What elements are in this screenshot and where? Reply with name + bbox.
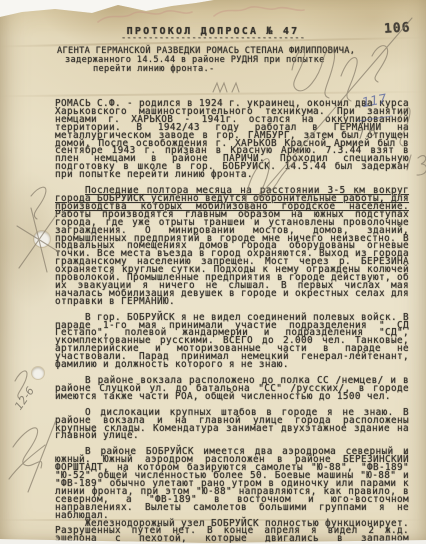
paragraph-text: Работы производятся главным образом на ю… [55,209,409,307]
subtitle-line: перейти линию фронта.- [57,65,397,74]
paragraph-garrison: В районе вокзала расположено до полка СС… [55,377,409,401]
paragraph-biography: РОМАСЬ С.Ф. - родился в 1924 г. украинец… [55,100,409,179]
paragraph-railway: Железнодорожный узел БОБРУЙСК полностью … [55,520,409,544]
paper-stain [0,170,62,310]
scanned-document-page: 106 ПРОТОКОЛ ДОПРОСА № 47 --------------… [0,0,426,544]
punch-hole [34,231,50,247]
title-underline: ---------------------------------- [0,33,426,43]
paragraph-airfields: В районе БОБРУЙСК имеется два аэродрома … [55,448,409,519]
paragraph-parade: В гор. БОБРУЙСК я не видел соединений по… [55,314,409,369]
paragraph-headquarters: О дислокации крупных штабов в городе я н… [55,409,409,441]
document-body: РОМАСЬ С.Ф. - родился в 1924 г. украинец… [55,100,409,544]
paragraph-defense-works: Последние полтора месяца на расстоянии 3… [55,187,409,306]
document-subtitle: АГЕНТА ГЕРМАНСКОЙ РАЗВЕДКИ РОМАСЬ СТЕПАН… [57,47,397,75]
punch-hole [32,367,44,379]
document-sheet: 106 ПРОТОКОЛ ДОПРОСА № 47 --------------… [0,0,426,544]
